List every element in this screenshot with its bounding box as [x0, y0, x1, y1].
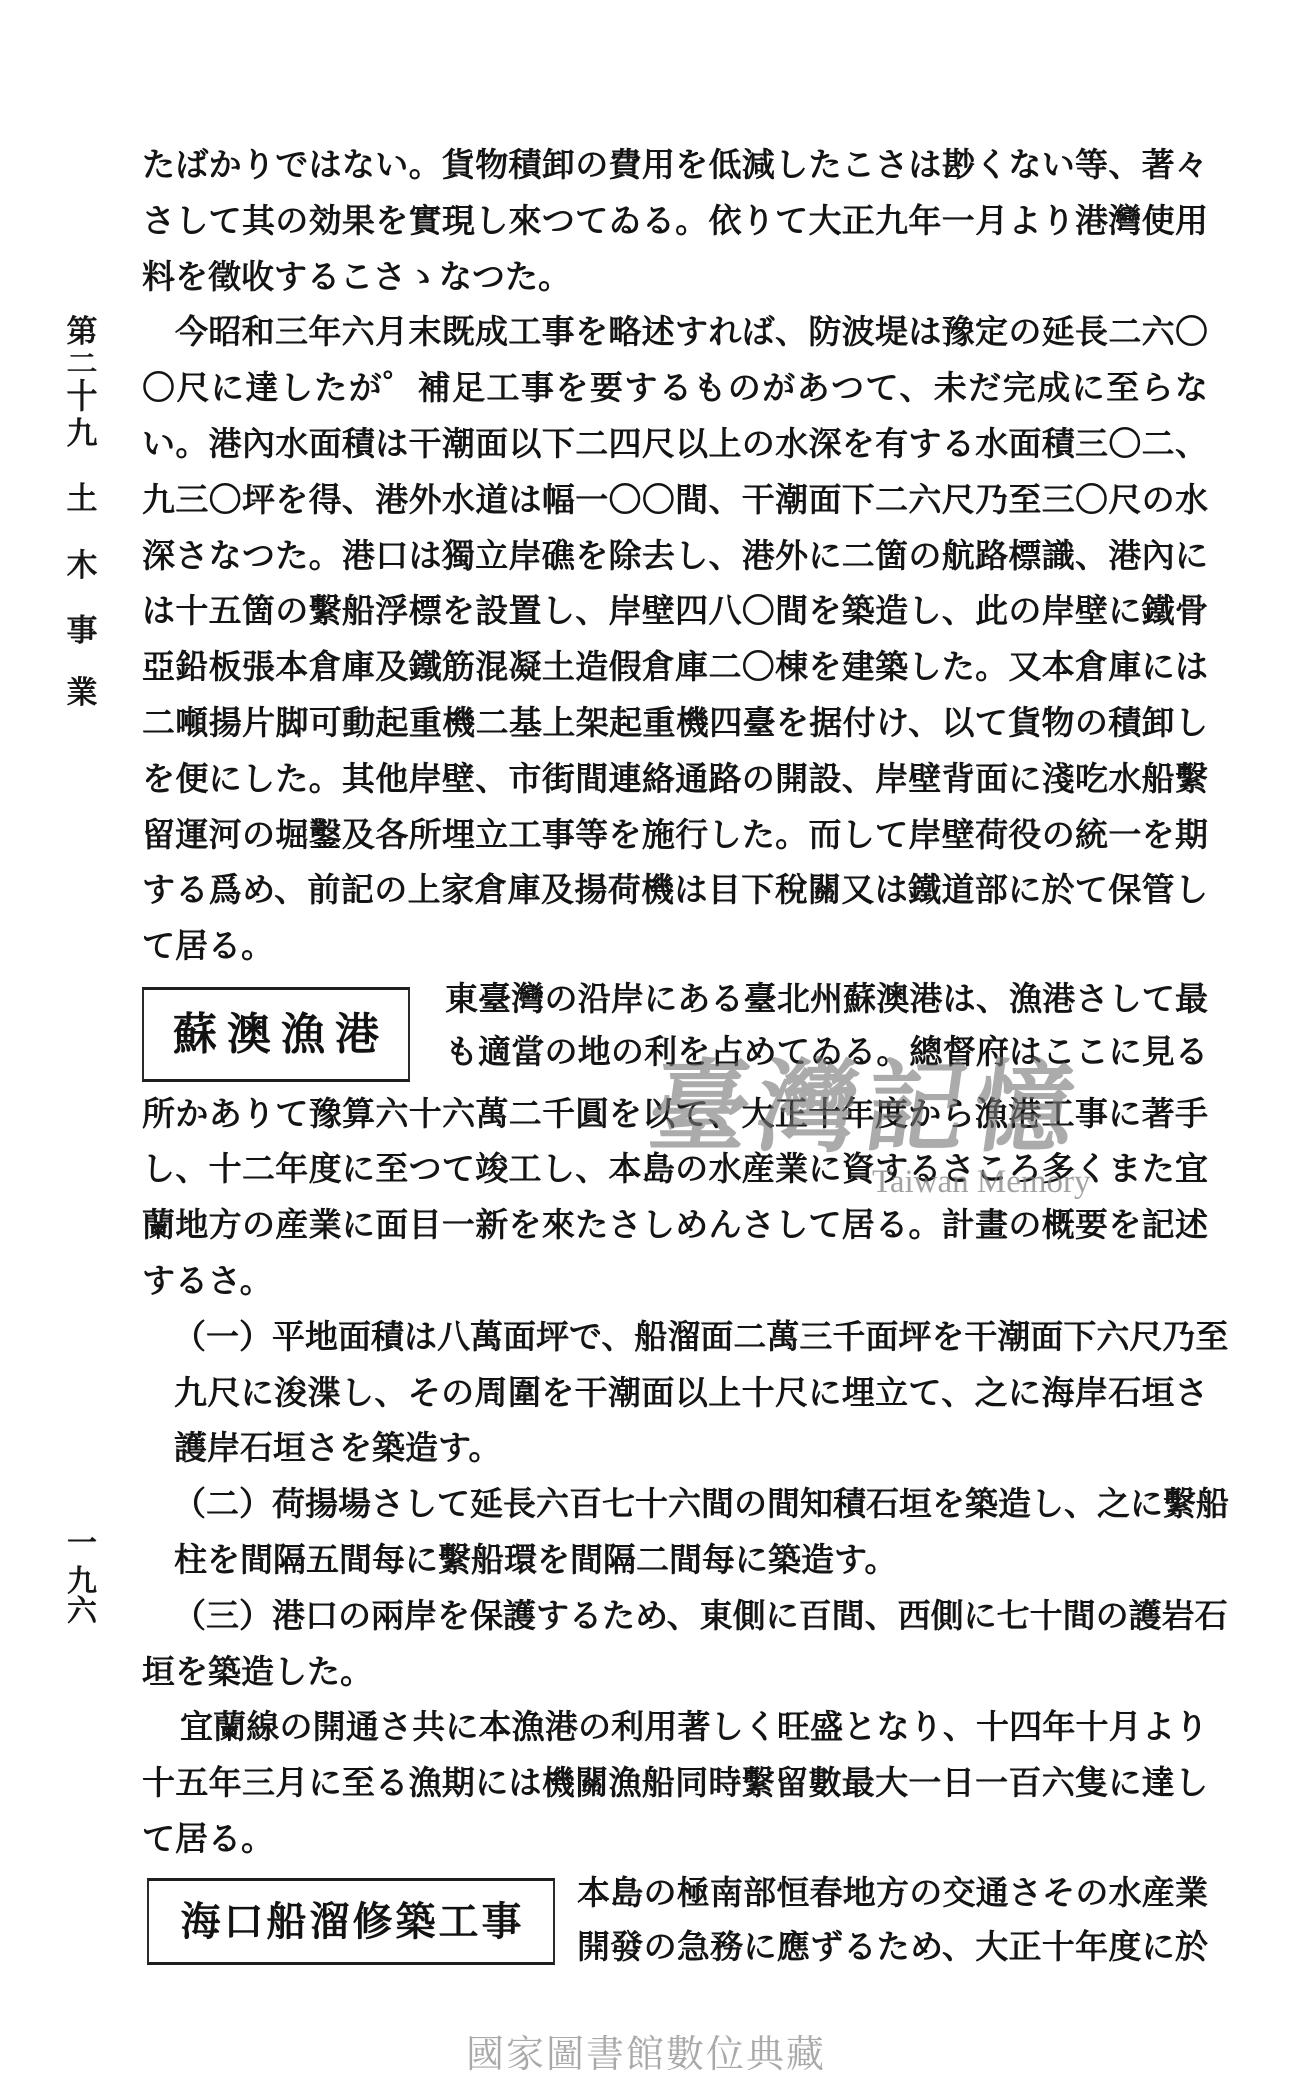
text-line: 蘭地方の産業に面目一新を來たさしめんさして居る。計畫の概要を記述: [142, 1197, 1208, 1253]
text-line: も適當の地の利を占めてゐる。總督府はここに見る: [445, 1024, 1208, 1080]
text-line: 所かありて豫算六十六萬二千圓を以て、大正十年度から漁港工事に著手: [142, 1086, 1208, 1142]
section-label-char: 土: [64, 484, 100, 515]
text-line: 深さなつた。港口は獨立岸礁を除去し、港外に二箇の航路標識、港內に: [142, 528, 1208, 584]
list-item-continuation: 柱を間隔五間每に繫船環を間隔二間每に築造す。: [174, 1532, 1208, 1588]
section-label-char: 木: [64, 551, 100, 582]
text-line: さして其の効果を實現し來つてゐる。依りて大正九年一月より港灣使用: [142, 193, 1208, 249]
list-item-continuation: 護岸石垣さを築造す。: [174, 1420, 1208, 1476]
text-line: たばかりではない。貨物積卸の費用を低減したこさは尠くない等、著々: [142, 137, 1208, 193]
text-line: 開發の急務に應ずるため、大正十年度に於: [577, 1919, 1208, 1975]
list-item-2: （二）荷揚場さして延長六百七十六間の間知積石垣を築造し、之に繫船: [173, 1476, 1208, 1532]
chapter-label-char: 二: [64, 352, 100, 377]
text-line: 二噸揚片脚可動起重機二基上架起重機四臺を据付け、以て貨物の積卸し: [142, 695, 1208, 751]
list-item-continuation: 九尺に浚渫し、その周圍を干潮面以上十尺に埋立て、之に海岸石垣さ: [174, 1365, 1208, 1421]
text-line: 料を徵收するこさゝなつた。: [142, 249, 1208, 305]
text-line: を便にした。其他岸壁、市街間連絡通路の開設、岸壁背面に淺吃水船繫: [142, 751, 1208, 807]
text-line: い。港內水面積は干潮面以下二四尺以上の水深を有する水面積三〇二、: [142, 416, 1208, 472]
section-label-char: 業: [64, 678, 100, 709]
paragraph-first-line: 宜蘭線の開通さ共に本漁港の利用著しく旺盛となり、十四年十月より: [180, 1699, 1208, 1755]
text-line: 九三〇坪を得、港外水道は幅一〇〇間、干潮面下二六尺乃至三〇尺の水: [142, 472, 1208, 528]
section-heading-haikou-harbor-works: 海口船溜修築工事: [147, 1878, 555, 1965]
text-line: し、十二年度に至つて竣工し、本島の水産業に資するさころ多くまた宜: [142, 1141, 1208, 1197]
text-line: 東臺灣の沿岸にある臺北州蘇澳港は、漁港さして最: [445, 971, 1208, 1027]
section-label-char: 事: [64, 616, 100, 647]
page-number-char: 六: [64, 1597, 100, 1627]
list-item-1: （一）平地面積は八萬面坪で、船溜面二萬三千面坪を干潮面下六尺乃至: [173, 1309, 1208, 1365]
text-line: は十五箇の繫船浮標を設置し、岸壁四八〇間を築造し、此の岸壁に鐵骨: [142, 583, 1208, 639]
text-line: 〇尺に達したが゜補足工事を要するものがあつて、未だ完成に至らな: [142, 360, 1208, 416]
text-line: て居る。: [142, 1811, 1208, 1867]
list-item-continuation: 垣を築造した。: [142, 1644, 1208, 1700]
text-line: 留運河の堀鑿及各所埋立工事等を施行した。而して岸壁荷役の統一を期: [142, 807, 1208, 863]
scanned-book-page: 第 二 十 九 土 木 事 業 一 九 六 たばかりではない。貨物積卸の費用を低…: [0, 0, 1300, 2100]
text-line: する爲め、前記の上家倉庫及揚荷機は目下稅關又は鐵道部に於て保管し: [142, 862, 1208, 918]
chapter-label-char: 第: [64, 317, 100, 348]
chapter-label-char: 十: [64, 380, 100, 414]
chapter-label-char: 九: [64, 419, 100, 450]
text-line: 十五年三月に至る漁期には機關漁船同時繫留數最大一日一百六隻に達し: [142, 1755, 1208, 1811]
section-heading-suao-fishing-port: 蘇澳漁港: [142, 987, 410, 1082]
paragraph-first-line: 今昭和三年六月末既成工事を略述すれば、防波堤は豫定の延長二六〇: [175, 304, 1208, 360]
page-number-char: 一: [64, 1529, 100, 1559]
text-line: 亞鉛板張本倉庫及鐵筋混凝土造假倉庫二〇棟を建築した。又本倉庫には: [142, 639, 1208, 695]
list-item-3: （三）港口の兩岸を保護するため、東側に百間、西側に七十間の護岩石: [173, 1588, 1208, 1644]
text-line: て居る。: [142, 918, 1208, 974]
text-line: するさ。: [142, 1253, 1208, 1309]
library-footer-credit: 國家圖書館數位典藏: [466, 2033, 836, 2077]
page-number-char: 九: [64, 1567, 100, 1597]
text-line: 本島の極南部恒春地方の交通さその水産業: [577, 1865, 1208, 1921]
